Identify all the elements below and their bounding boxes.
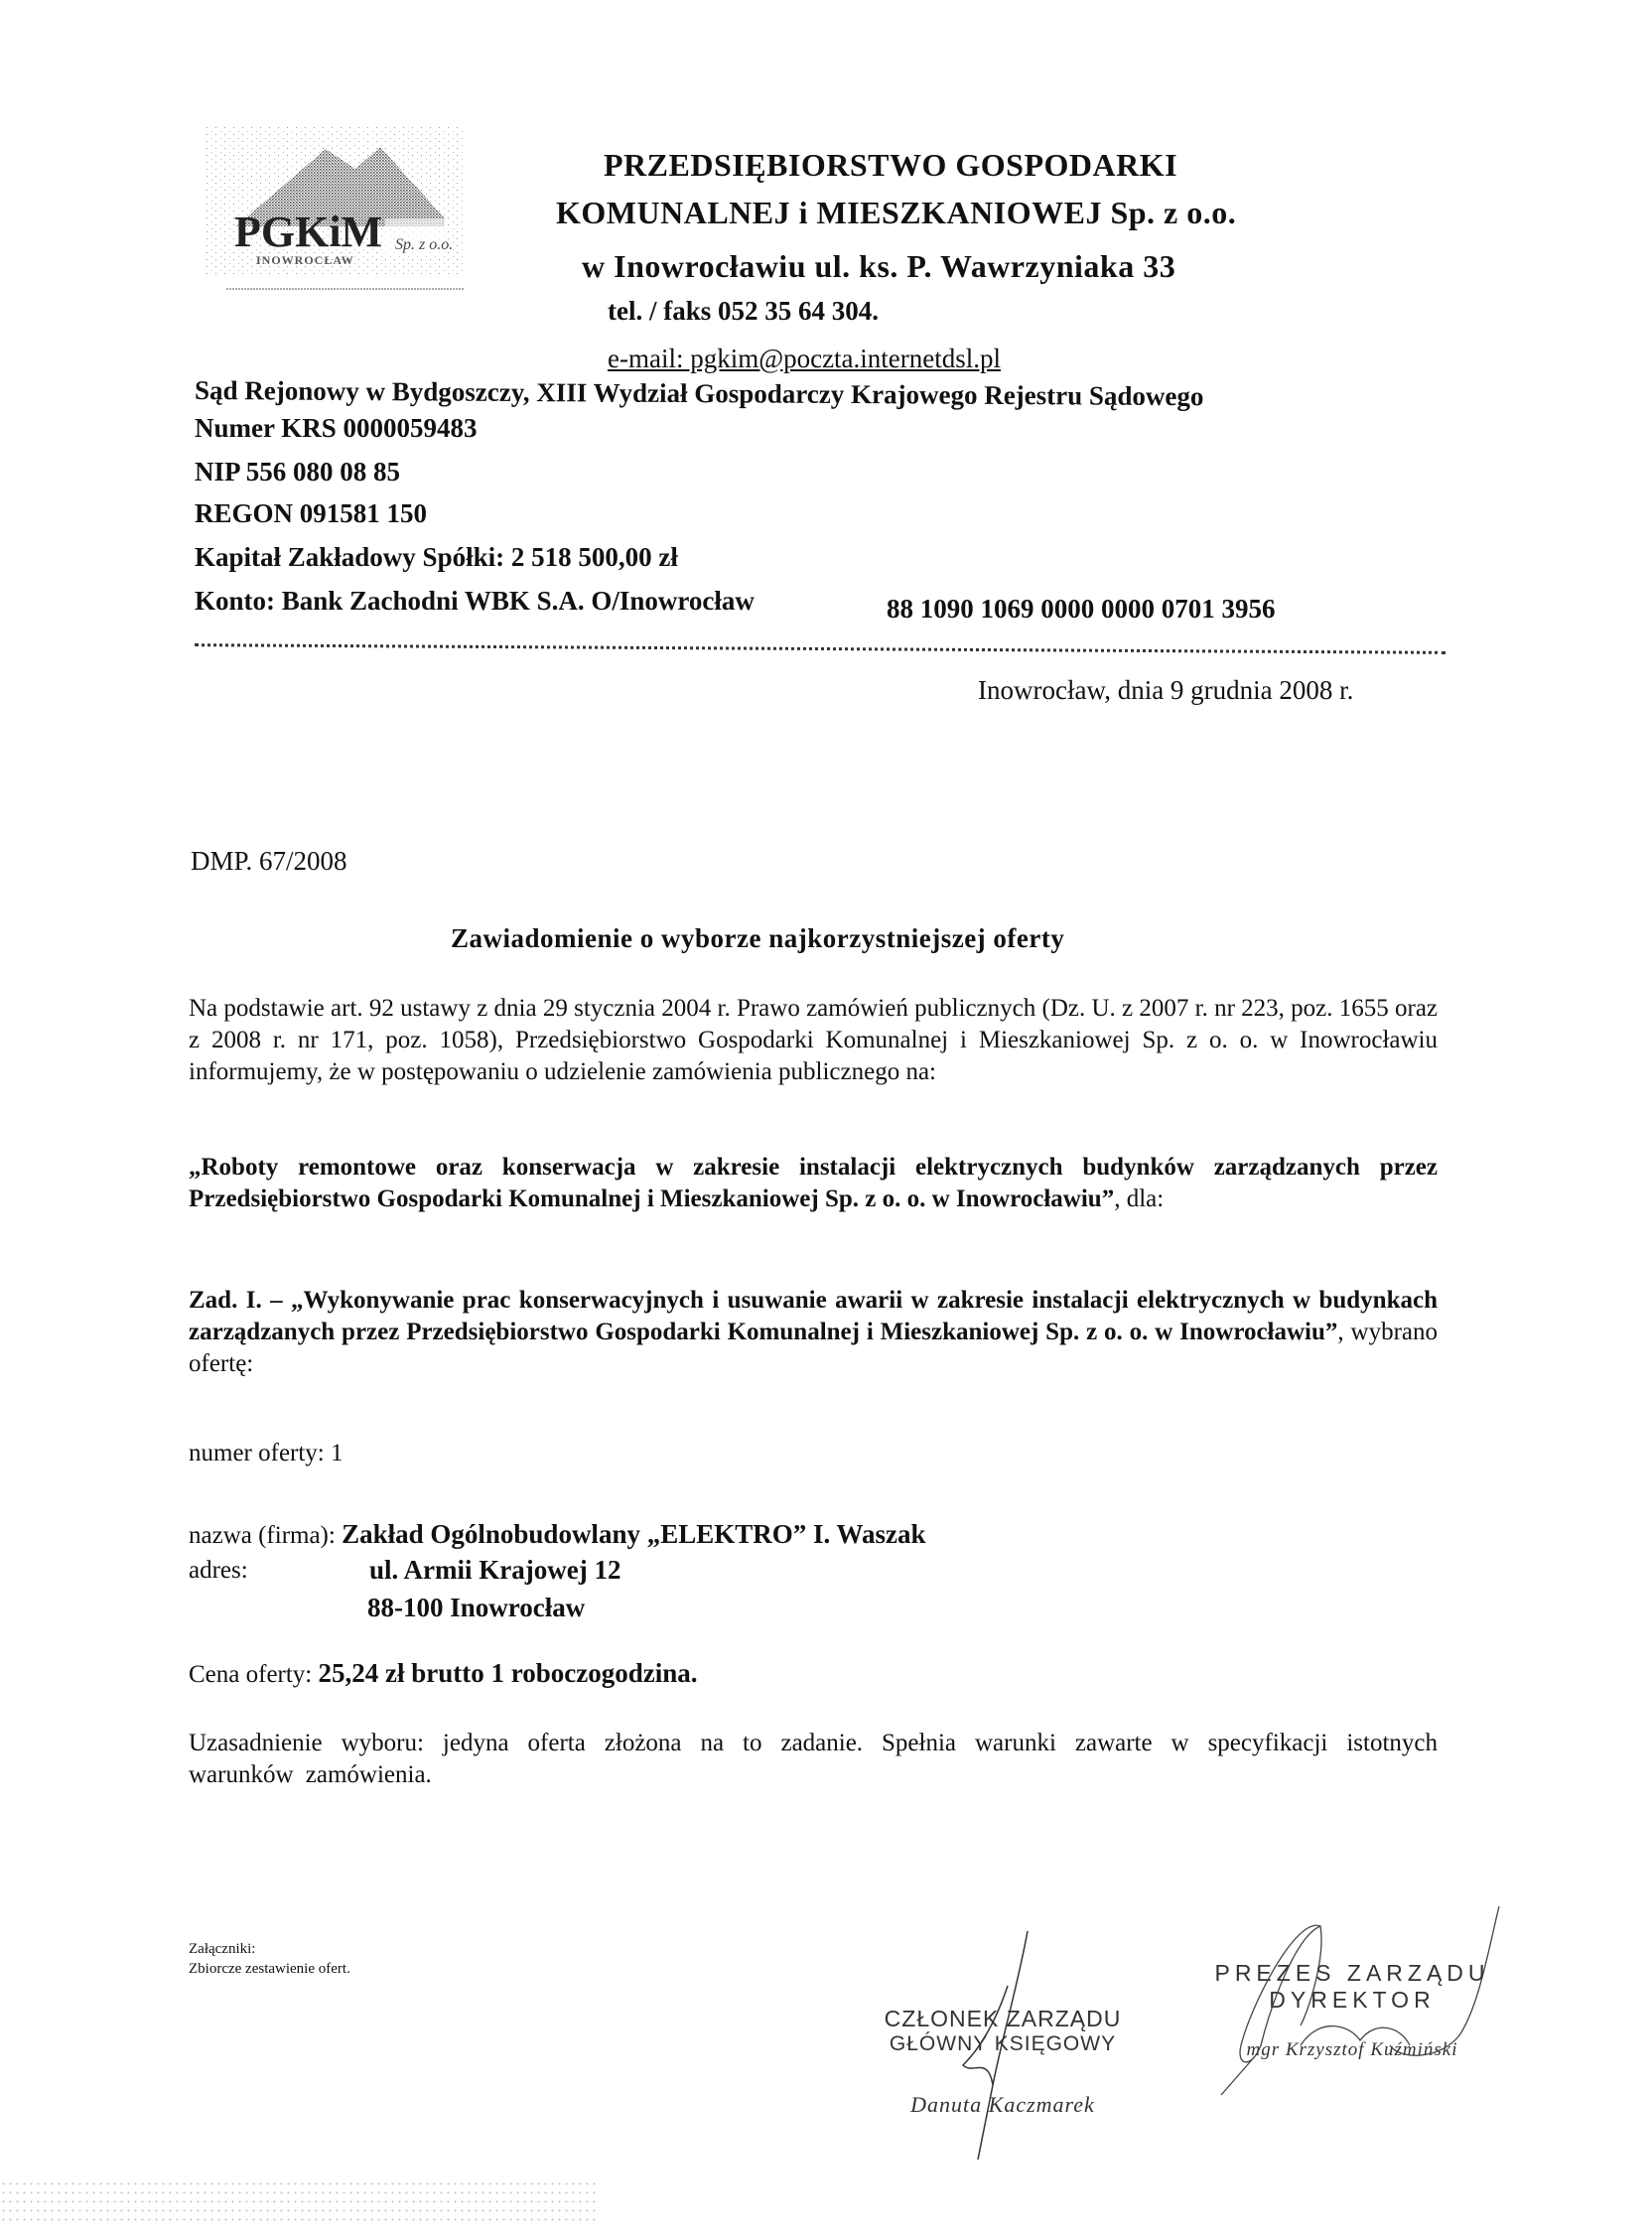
letterhead-address: w Inowrocławiu ul. ks. P. Wawrzyniaka 33 <box>582 248 1175 285</box>
letterhead-phone: tel. / faks 052 35 64 304. <box>608 296 879 327</box>
svg-text:Sp. z o.o.: Sp. z o.o. <box>395 236 453 253</box>
krs-number: Numer KRS 0000059483 <box>195 413 478 444</box>
handwritten-signature-icon <box>1201 1896 1519 2115</box>
date-line: Inowrocław, dnia 9 grudnia 2008 r. <box>978 675 1353 706</box>
offer-number: 1 <box>331 1440 344 1466</box>
share-capital: Kapitał Zakładowy Spółki: 2 518 500,00 z… <box>195 542 678 573</box>
court-registry: Sąd Rejonowy w Bydgoszczy, XIII Wydział … <box>195 375 1204 412</box>
company-logo: PGKiM Sp. z o.o. INOWROCŁAW <box>206 127 475 294</box>
attachments-label: Załączniki: <box>189 1940 255 1959</box>
letterhead-line-1: PRZEDSIĘBIORSTWO GOSPODARKI <box>604 147 1177 184</box>
handwritten-signature-icon <box>933 1926 1052 2164</box>
attachments-item: Zbiorcze zestawienie ofert. <box>189 1960 350 1979</box>
contract-title: „Roboty remontowe oraz konserwacja w zak… <box>189 1154 1438 1212</box>
offer-name-row: nazwa (firma): Zakład Ogólnobudowlany „E… <box>189 1519 926 1551</box>
bank-account-label: Konto: Bank Zachodni WBK S.A. O/Inowrocł… <box>195 586 755 617</box>
document-title: Zawiadomienie o wyborze najkorzystniejsz… <box>451 923 1064 954</box>
offer-company-name: Zakład Ogólnobudowlany „ELEKTRO” I. Wasz… <box>342 1519 925 1549</box>
svg-text:INOWROCŁAW: INOWROCŁAW <box>256 253 354 267</box>
offer-address-line-1: ul. Armii Krajowej 12 <box>369 1555 620 1586</box>
task-paragraph: Zad. I. – „Wykonywanie prac konserwacyjn… <box>189 1285 1438 1380</box>
svg-text:PGKiM: PGKiM <box>234 208 382 256</box>
mountain-logo-icon: PGKiM Sp. z o.o. INOWROCŁAW <box>206 127 475 294</box>
offer-price: 25,24 zł brutto 1 roboczogodzina. <box>319 1658 698 1688</box>
scan-noise <box>0 2179 596 2224</box>
offer-number-label: numer oferty: <box>189 1440 325 1466</box>
letterhead-email-link[interactable]: e-mail: pgkim@poczta.internetdsl.pl <box>608 344 1001 374</box>
intro-paragraph: Na podstawie art. 92 ustawy z dnia 29 st… <box>189 993 1438 1088</box>
offer-name-label: nazwa (firma): <box>189 1522 336 1549</box>
contract-suffix: , dla: <box>1114 1185 1164 1212</box>
bank-account-number: 88 1090 1069 0000 0000 0701 3956 <box>887 594 1276 625</box>
letterhead-line-2: KOMUNALNEJ i MIESZKANIOWEJ Sp. z o.o. <box>556 195 1236 231</box>
offer-price-row: Cena oferty: 25,24 zł brutto 1 roboczogo… <box>189 1658 698 1690</box>
nip-number: NIP 556 080 08 85 <box>195 457 400 488</box>
header-divider <box>195 643 1445 654</box>
offer-number-row: numer oferty: 1 <box>189 1438 344 1468</box>
task-title: Zad. I. – „Wykonywanie prac konserwacyjn… <box>189 1287 1438 1345</box>
contract-paragraph: „Roboty remontowe oraz konserwacja w zak… <box>189 1152 1438 1215</box>
regon-number: REGON 091581 150 <box>195 498 427 529</box>
justification-paragraph: Uzasadnienie wyboru: jedyna oferta złożo… <box>189 1728 1438 1791</box>
reference-number: DMP. 67/2008 <box>191 846 347 877</box>
offer-price-label: Cena oferty: <box>189 1661 312 1688</box>
offer-address-line-2: 88-100 Inowrocław <box>367 1593 585 1623</box>
offer-address-label: adres: <box>189 1555 248 1586</box>
